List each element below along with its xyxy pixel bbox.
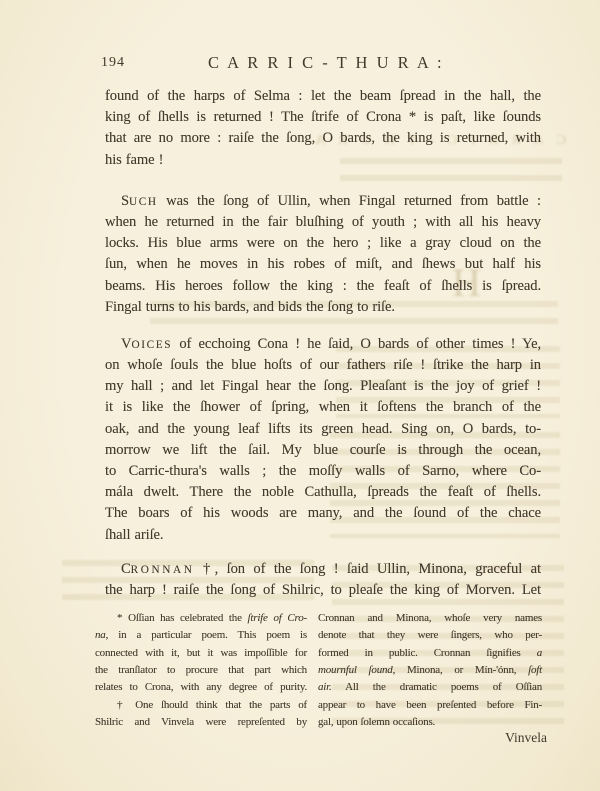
note-text: All the dramatic poems of Oſſian (332, 681, 542, 693)
line-text: †, ſon of the ſong ! ſaid Ullin, Minona,… (195, 561, 541, 577)
footnote-line: † One ſhould think that the parts of (95, 697, 307, 714)
smallcaps-lead: V (121, 336, 131, 352)
paragraph-1: found of the harps of Selma : let the be… (105, 86, 541, 171)
text-line: king of ſhells is returned ! The ſtrife … (105, 107, 541, 128)
book-page-scan: C A R R I C - T H U R A H 194 C A R R I … (0, 0, 600, 791)
text-line: his fame ! (105, 150, 541, 171)
text-line: The boars of his woods are many, and the… (105, 503, 541, 524)
text-line: VOICES of ecchoing Cona ! he ſaid, O bar… (105, 334, 541, 355)
text-line: Fingal turns to his bards, and bids the … (105, 297, 541, 318)
footnotes: * Oſſian has celebrated the ſtrife of Cr… (95, 610, 542, 731)
text-line: my hall ; and let Fingal hear the ſong. … (105, 376, 541, 397)
text-line: SUCH was the ſong of Ullin, when Fingal … (105, 191, 541, 212)
text-line: on whoſe ſouls the blue hoſts of our fat… (105, 355, 541, 376)
text-line: morrow we lift the ſail. My blue courſe … (105, 440, 541, 461)
line-text: of ecchoing Cona ! he ſaid, O bards of o… (172, 336, 541, 352)
text-line: CRONNAN †, ſon of the ſong ! ſaid Ullin,… (105, 559, 541, 580)
smallcaps-lead: C (121, 561, 131, 577)
note-text: formed in public. Cronnan ſignifies (318, 647, 537, 659)
note-italic: mournful ſound (318, 664, 393, 676)
text-line: locks. His blue arms were on the hero ; … (105, 233, 541, 254)
text-line: the harp ! raiſe the ſong of Shilric, to… (105, 580, 541, 601)
footnote-line: the tranſlator to procure that part whic… (95, 662, 307, 679)
footnote-line: * Oſſian has celebrated the ſtrife of Cr… (95, 610, 307, 627)
note-italic: ſtrife of Cro- (248, 612, 307, 624)
text-line: oak, and the young leaf lifts its green … (105, 419, 541, 440)
smallcaps-lead: S (121, 193, 129, 209)
text-line: mála dwelt. There the noble Cathulla, ſp… (105, 482, 541, 503)
note-italic: a (537, 647, 542, 659)
footnote-line: appear to have been preſented before Fin… (318, 697, 542, 714)
footnote-column-right: Cronnan and Minona, whoſe very names den… (318, 610, 542, 731)
text-line: that are no more : raiſe the ſong, O bar… (105, 128, 541, 149)
note-text: * Oſſian has celebrated the (117, 612, 248, 624)
footnote-line: formed in public. Cronnan ſignifies a (318, 645, 542, 662)
footnote-line: connected with it, but it was impoſſible… (95, 645, 307, 662)
catchword-row: Vinvela (95, 730, 547, 746)
footnote-line: mournful ſound, Minona, or Mín-'ónn, ſof… (318, 662, 542, 679)
text-line: beams. His heroes follow the king : the … (105, 276, 541, 297)
footnote-line: denote that they were ſingers, who per- (318, 627, 542, 644)
smallcaps-rest: UCH (129, 196, 158, 208)
smallcaps-rest: OICES (131, 339, 172, 351)
text-line: it is like the ſhower of ſpring, when it… (105, 397, 541, 418)
text-line: ſhall ariſe. (105, 525, 541, 546)
note-text: , Minona, or Mín-'ónn, (393, 664, 529, 676)
note-italic: air. (318, 681, 332, 693)
body-text: found of the harps of Selma : let the be… (105, 86, 541, 601)
note-text: , in a particular poem. This poem is (106, 629, 307, 641)
paragraph-4: CRONNAN †, ſon of the ſong ! ſaid Ullin,… (105, 559, 541, 601)
footnote-column-left: * Oſſian has celebrated the ſtrife of Cr… (95, 610, 307, 731)
note-italic: ſoft (528, 664, 542, 676)
note-italic: na (95, 629, 106, 641)
text-line: to Carric-thura's walls ; the moſſy wall… (105, 461, 541, 482)
page-number: 194 (101, 55, 125, 71)
running-title: C A R R I C - T H U R A : (208, 53, 444, 73)
catchword: Vinvela (505, 730, 547, 745)
text-line: when he returned in the fair bluſhing of… (105, 212, 541, 233)
footnote-line: relates to Crona, with any degree of pur… (95, 679, 307, 696)
footnote-line: Cronnan and Minona, whoſe very names (318, 610, 542, 627)
paragraph-2: SUCH was the ſong of Ullin, when Fingal … (105, 191, 541, 318)
footnote-line: Shilric and Vinvela were repreſented by (95, 714, 307, 731)
paragraph-3: VOICES of ecchoing Cona ! he ſaid, O bar… (105, 334, 541, 546)
text-line: ſun, when he moves in his robes of miſt,… (105, 254, 541, 275)
footnote-line: na, in a particular poem. This poem is (95, 627, 307, 644)
text-line: found of the harps of Selma : let the be… (105, 86, 541, 107)
footnote-line: air. All the dramatic poems of Oſſian (318, 679, 542, 696)
smallcaps-rest: RONNAN (131, 564, 195, 576)
line-text: was the ſong of Ullin, when Fingal retur… (158, 193, 541, 209)
footnote-line: gal, upon ſolemn occaſions. (318, 714, 542, 731)
